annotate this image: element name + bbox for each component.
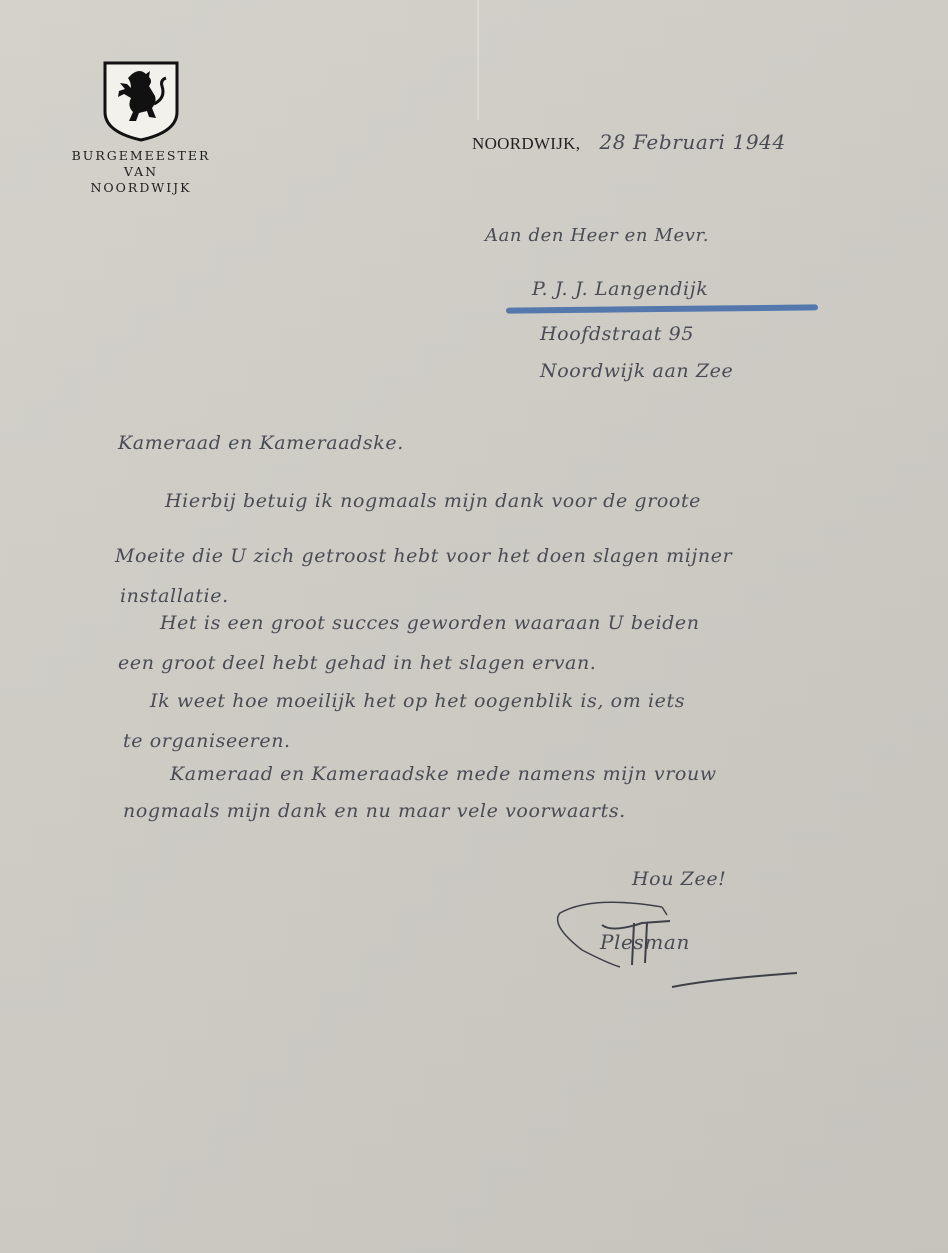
signature: Plesman: [600, 930, 690, 954]
body-line-6: Ik weet hoe moeilijk het op het oogenbli…: [150, 690, 685, 712]
body-line-2: Moeite die U zich getroost hebt voor het…: [115, 545, 732, 567]
body-line-1: Hierbij betuig ik nogmaals mijn dank voo…: [165, 490, 701, 512]
letterhead-line-3: NOORDWIJK: [66, 180, 216, 196]
body-line-8: Kameraad en Kameraadske mede namens mijn…: [170, 763, 717, 785]
lion-rampant-shield-icon: [102, 60, 180, 142]
body-line-7: te organiseeren.: [123, 730, 291, 752]
address-line-3-street: Hoofdstraat 95: [540, 323, 694, 345]
letterhead-line-2: VAN: [66, 164, 216, 180]
address-line-2-recipient: P. J. J. Langendijk: [532, 278, 708, 300]
paper-fold: [477, 0, 479, 120]
dateline: NOORDWIJK, 28 Februari 1944: [472, 130, 786, 154]
address-line-1: Aan den Heer en Mevr.: [485, 225, 709, 246]
body-line-5: een groot deel hebt gehad in het slagen …: [118, 652, 596, 674]
salutation: Kameraad en Kameraadske.: [118, 432, 404, 454]
letterhead-line-1: BURGEMEESTER: [66, 148, 216, 164]
body-line-9: nogmaals mijn dank en nu maar vele voorw…: [123, 800, 626, 822]
handwritten-date: 28 Februari 1944: [599, 130, 785, 154]
place-name: NOORDWIJK,: [472, 134, 580, 153]
body-line-3: installatie.: [120, 585, 229, 607]
body-line-4: Het is een groot succes geworden waaraan…: [160, 612, 700, 634]
letterhead: BURGEMEESTER VAN NOORDWIJK: [66, 60, 216, 196]
address-line-4-city: Noordwijk aan Zee: [540, 360, 733, 382]
closing-greeting: Hou Zee!: [632, 868, 726, 890]
